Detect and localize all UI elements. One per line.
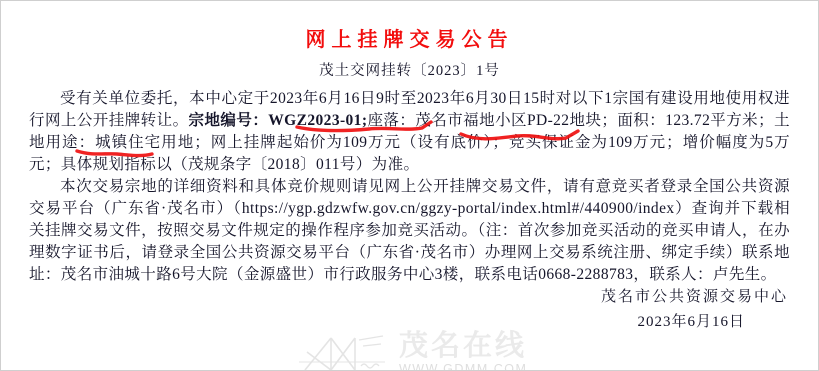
page-title: 网上挂牌交易公告 — [29, 28, 790, 52]
paragraph-instructions: 本次交易宗地的详细资料和具体竞价规则请见网上公开挂牌交易文件，请有意竞买者登录全… — [29, 176, 790, 286]
issue-date: 2023年6月16日 — [637, 310, 745, 331]
parcel-number-bold-text: 宗地编号：WGZ2023-01; — [189, 112, 368, 129]
site-watermark: 茂名在线 WWW.GDMM.COM — [297, 332, 527, 371]
watermark-lattice-logo-icon — [297, 332, 389, 371]
watermark-site-url: WWW.GDMM.COM — [399, 363, 527, 371]
notice-document-page: 网上挂牌交易公告 茂土交网挂转〔2023〕1号 受有关单位委托，本中心定于202… — [0, 0, 819, 371]
document-content: 网上挂牌交易公告 茂土交网挂转〔2023〕1号 受有关单位委托，本中心定于202… — [1, 1, 818, 286]
paragraph-parcel-details: 受有关单位委托，本中心定于2023年6月16日9时至2023年6月30日15时对… — [29, 88, 790, 176]
watermark-site-name: 茂名在线 — [399, 332, 527, 361]
issuer-signature: 茂名市公共资源交易中心 — [601, 285, 788, 306]
document-body: 受有关单位委托，本中心定于2023年6月16日9时至2023年6月30日15时对… — [29, 88, 790, 286]
watermark-text: 茂名在线 WWW.GDMM.COM — [399, 332, 527, 371]
document-number: 茂土交网挂转〔2023〕1号 — [29, 61, 790, 81]
